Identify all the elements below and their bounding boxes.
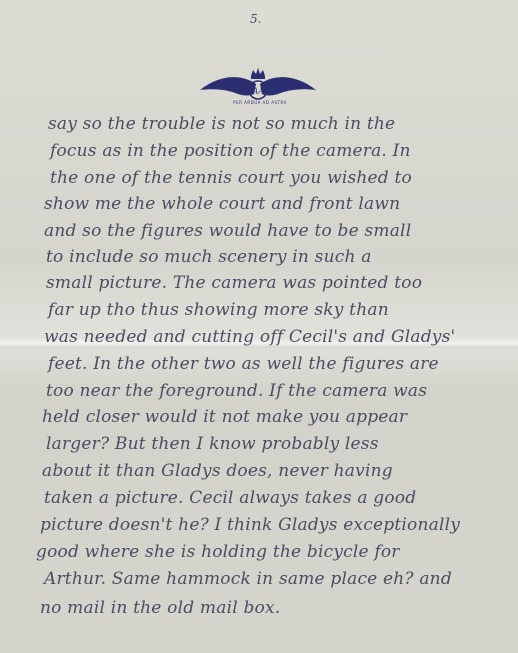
letter-line: Arthur. Same hammock in same place eh? a… bbox=[44, 569, 452, 589]
letter-line: no mail in the old mail box. bbox=[40, 598, 280, 618]
letter-line: picture doesn't he? I think Gladys excep… bbox=[40, 515, 460, 535]
letter-line: focus as in the position of the camera. … bbox=[50, 141, 411, 161]
letter-line: small picture. The camera was pointed to… bbox=[46, 273, 422, 293]
letter-line: say so the trouble is not so much in the bbox=[48, 114, 395, 134]
letter-line: good where she is holding the bicycle fo… bbox=[36, 542, 400, 562]
letter-line: about it than Gladys does, never having bbox=[42, 461, 393, 481]
letter-line: larger? But then I know probably less bbox=[46, 434, 379, 454]
letter-line: held closer would it not make you appear bbox=[42, 407, 407, 427]
letter-line: show me the whole court and front lawn bbox=[44, 194, 400, 214]
letter-line: taken a picture. Cecil always takes a go… bbox=[44, 488, 416, 508]
letter-page: 5. RAAF PER ARDUA AD ASTRA say so the tr… bbox=[0, 0, 518, 653]
letter-line: far up tho thus showing more sky than bbox=[48, 300, 389, 320]
letter-line: the one of the tennis court you wished t… bbox=[50, 168, 412, 188]
letter-line: and so the figures would have to be smal… bbox=[44, 221, 411, 241]
letter-line: too near the foreground. If the camera w… bbox=[46, 381, 427, 401]
letter-line: was needed and cutting off Cecil's and G… bbox=[44, 327, 455, 347]
letter-line: to include so much scenery in such a bbox=[46, 247, 372, 267]
letter-body: say so the trouble is not so much in the… bbox=[0, 0, 518, 653]
letter-line: feet. In the other two as well the figur… bbox=[48, 354, 439, 374]
